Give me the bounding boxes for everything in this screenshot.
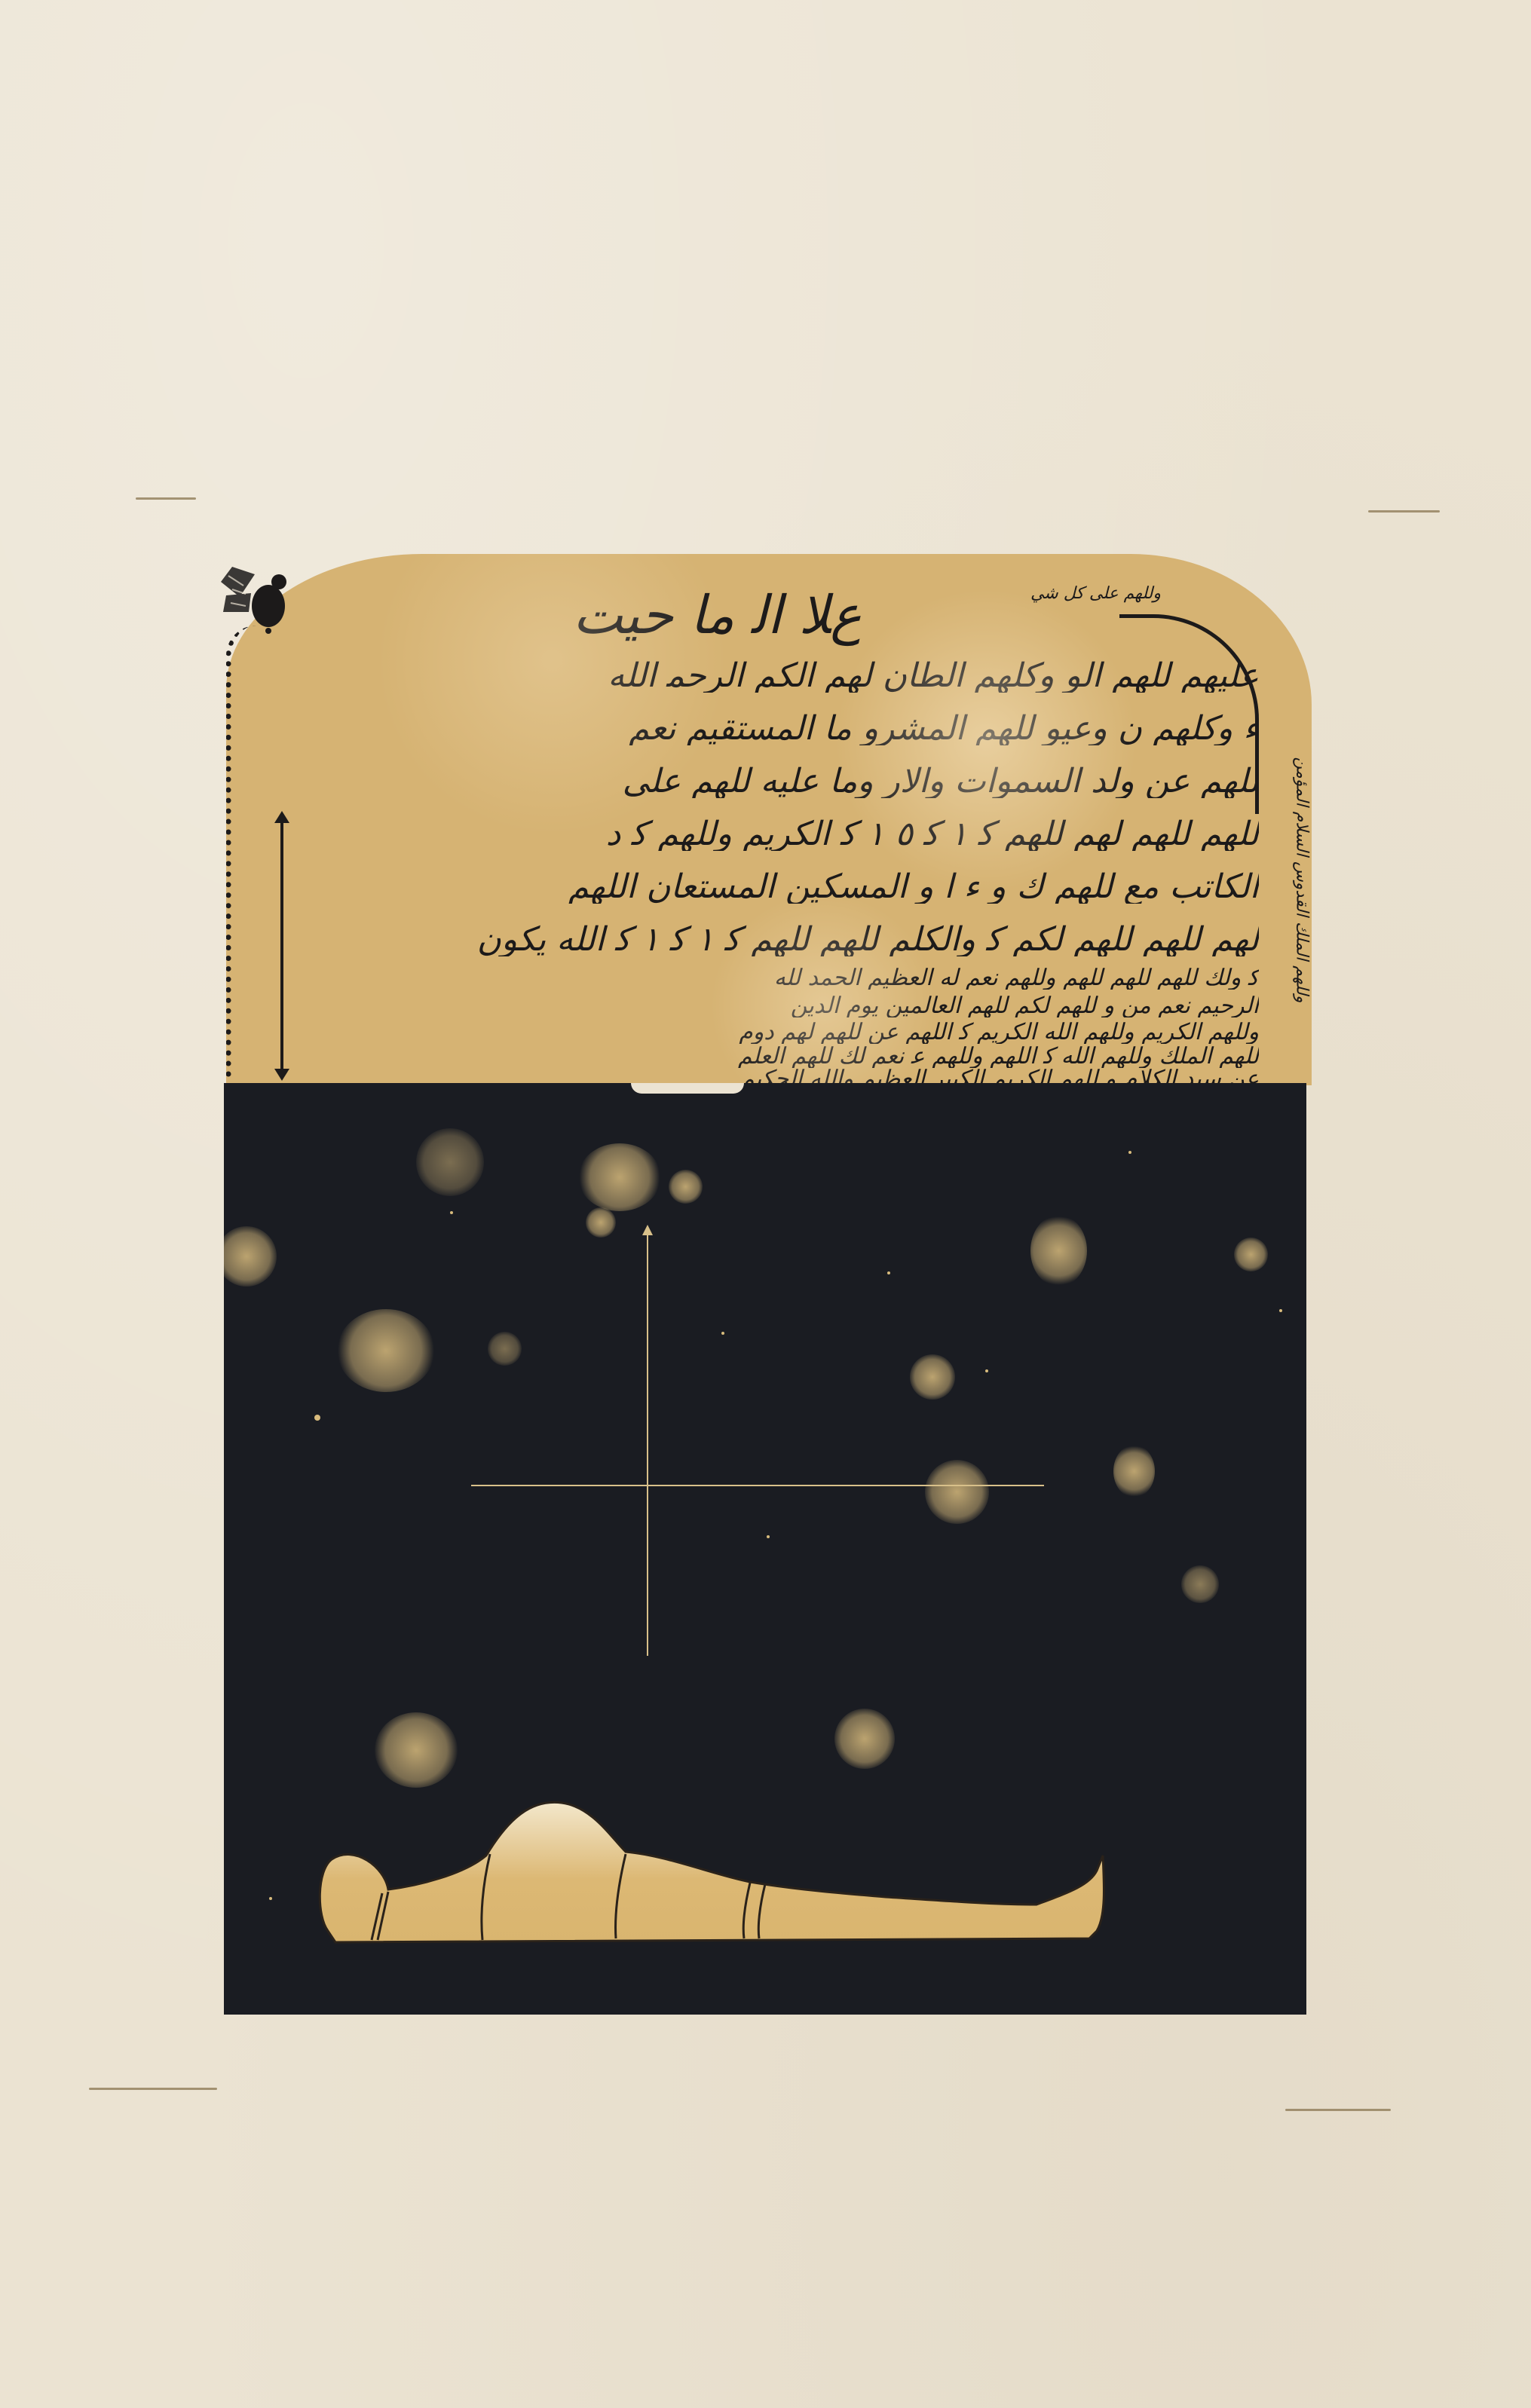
up-arrow-icon — [647, 1234, 648, 1656]
script-line: ﺍﻟﻜﺎﺗﺐ ﻣﻊ ﻟﻠﻬﻢ ﻙ ﻭ ﺀ ﺍ ﻭ ﺍﻟﻤﺴﻜﻴﻦ ﺍﻟﻤﺴﺘﻌﺎ… — [279, 870, 1259, 904]
script-title: ﻉﻼ ﺍﻟ ﻣﺎ ﺣﻴﺖ — [573, 584, 862, 646]
script-line: ﻭﻟﻠﻬﻢ ﺍﻟﻜﺮﻳﻢ ﻭﻟﻠﻬﻢ ﺍﻟﻠﻪ ﺍﻟﻜﺮﻳﻢ ﻛ ﺍﻟﻠﻬﻢ ﻋ… — [279, 1021, 1259, 1044]
script-line: ﺍﻟﺮﺣﻴﻢ ﻧﻌﻢ ﻣﻦ ﻭ ﻟﻠﻬﻢ ﻟﻜﻢ ﻟﻠﻬﻢ ﺍﻟﻌﺎﻟﻤﻴﻦ ﻳ… — [279, 995, 1259, 1017]
registration-mark-bottom-left — [89, 2088, 217, 2090]
star-speck — [1128, 1151, 1131, 1154]
star-speck — [269, 1897, 272, 1900]
star-speck — [887, 1271, 890, 1274]
star-speck — [985, 1369, 988, 1372]
registration-mark-top-right — [1368, 510, 1440, 513]
star-blob — [834, 1709, 895, 1769]
script-line: ﻟﻠﻬﻢ ﻟﻠﻬﻢ ﻟﻬﻢ ﻟﻠﻬﻢ ﻛ ١ ﻛ ٥ ١ ﻛ ﺍﻟﻜﺮﻳﻢ ﻭﻟ… — [279, 818, 1259, 851]
reclining-figure — [313, 1795, 1259, 1946]
star-blob — [488, 1332, 522, 1366]
star-blob — [337, 1309, 435, 1392]
star-blob — [416, 1128, 484, 1196]
right-margin-note: ﻭﻟﻠﻬﻢ ﺍﻟﻤﻠﻚ ﺍﻟﻘﺪﻭﺱ ﺍﻟﺴﻼﻡ ﺍﻟﻤﺆﻣﻦ — [1292, 757, 1311, 1002]
star-blob — [669, 1170, 703, 1204]
horizon-line — [471, 1485, 1044, 1486]
star-blob — [910, 1354, 955, 1400]
star-blob — [1234, 1238, 1268, 1271]
star-speck — [314, 1415, 320, 1421]
script-line: ﻛ ﻭﻟﻚ ﻟﻠﻬﻢ ﻟﻠﻬﻢ ﻟﻠﻬﻢ ﻭﻟﻠﻬﻢ ﻧﻌﻢ ﻟﻪ ﺍﻟﻌﻈﻴﻢ… — [279, 967, 1259, 990]
script-panel: ﻉﻼ ﺍﻟ ﻣﺎ ﺣﻴﺖ ﻭﻟﻠﻬﻢ ﻋﻠﻰ ﻛﻞ ﺷﻲ ﺍﻟﻤﻬﻴﻤﻦ ﺍﻟﻌ… — [226, 554, 1312, 1085]
star-speck — [450, 1211, 453, 1214]
star-blob — [224, 1226, 277, 1287]
arc-line — [1119, 614, 1259, 814]
panel-notch — [631, 1083, 744, 1094]
star-blob — [578, 1143, 661, 1211]
top-arc-note: ﻭﻟﻠﻬﻢ ﻋﻠﻰ ﻛﻞ ﺷﻲ — [1030, 584, 1161, 603]
fly-icon — [210, 559, 300, 642]
night-sky-panel — [224, 1083, 1306, 2015]
fly-dotted-path — [226, 626, 262, 1078]
registration-mark-bottom-right — [1285, 2109, 1391, 2111]
star-blob — [1181, 1565, 1219, 1603]
star-speck — [1279, 1309, 1282, 1312]
star-blob — [586, 1207, 616, 1238]
registration-mark-top-left — [136, 497, 196, 500]
double-arrow-icon — [280, 822, 283, 1070]
script-line: ﺀ ﻭﻛﻠﻬﻢ ﻥ ﻭﻋﻴﻮ ﻟﻠﻬﻢ ﺍﻟﻤﺸﺮﻭ ﻣﺎ ﺍﻟﻤﺴﺘﻘﻴﻢ ﻧ… — [279, 712, 1259, 745]
star-speck — [767, 1535, 770, 1538]
star-blob — [375, 1712, 458, 1788]
star-blob — [925, 1460, 989, 1524]
script-line: ﻟﻠﻬﻢ ﻋﻦ ﻭﻟﺪ ﺍﻟﺴﻤﻮﺍﺕ ﻭﺍﻻﺭ ﻭﻣﺎ ﻋﻠﻴﻪ ﻟﻠﻬﻢ ﻋ… — [279, 765, 1259, 798]
script-line: ﻋﻠﻴﻬﻢ ﻟﻠﻬﻢ ﺍﻟﻮ ﻭﻛﻠﻬﻢ ﺍﻟﻄﺎﻥ ﻟﻬﻢ ﺍﻟﻜﻢ ﺍﻟﺮﺣ… — [279, 659, 1259, 693]
script-line: ﻟﻠﻬﻢ ﺍﻟﻤﻠﻚ ﻭﻟﻠﻬﻢ ﺍﻟﻠﻪ ﻛ ﺍﻟﻠﻬﻢ ﻭﻟﻠﻬﻢ ﻋ ﻧﻌ… — [279, 1045, 1259, 1068]
star-speck — [721, 1332, 724, 1335]
script-line: ﻟﻬﻢ ﻟﻠﻬﻢ ﻟﻠﻬﻢ ﻟﻜﻢ ﻛ ﻭﺍﻟﻜﻠﻢ ﻟﻠﻬﻢ ﻟﻠﻬﻢ ﻛ ١… — [279, 923, 1259, 956]
star-blob — [1113, 1445, 1155, 1498]
star-blob — [1030, 1215, 1087, 1287]
